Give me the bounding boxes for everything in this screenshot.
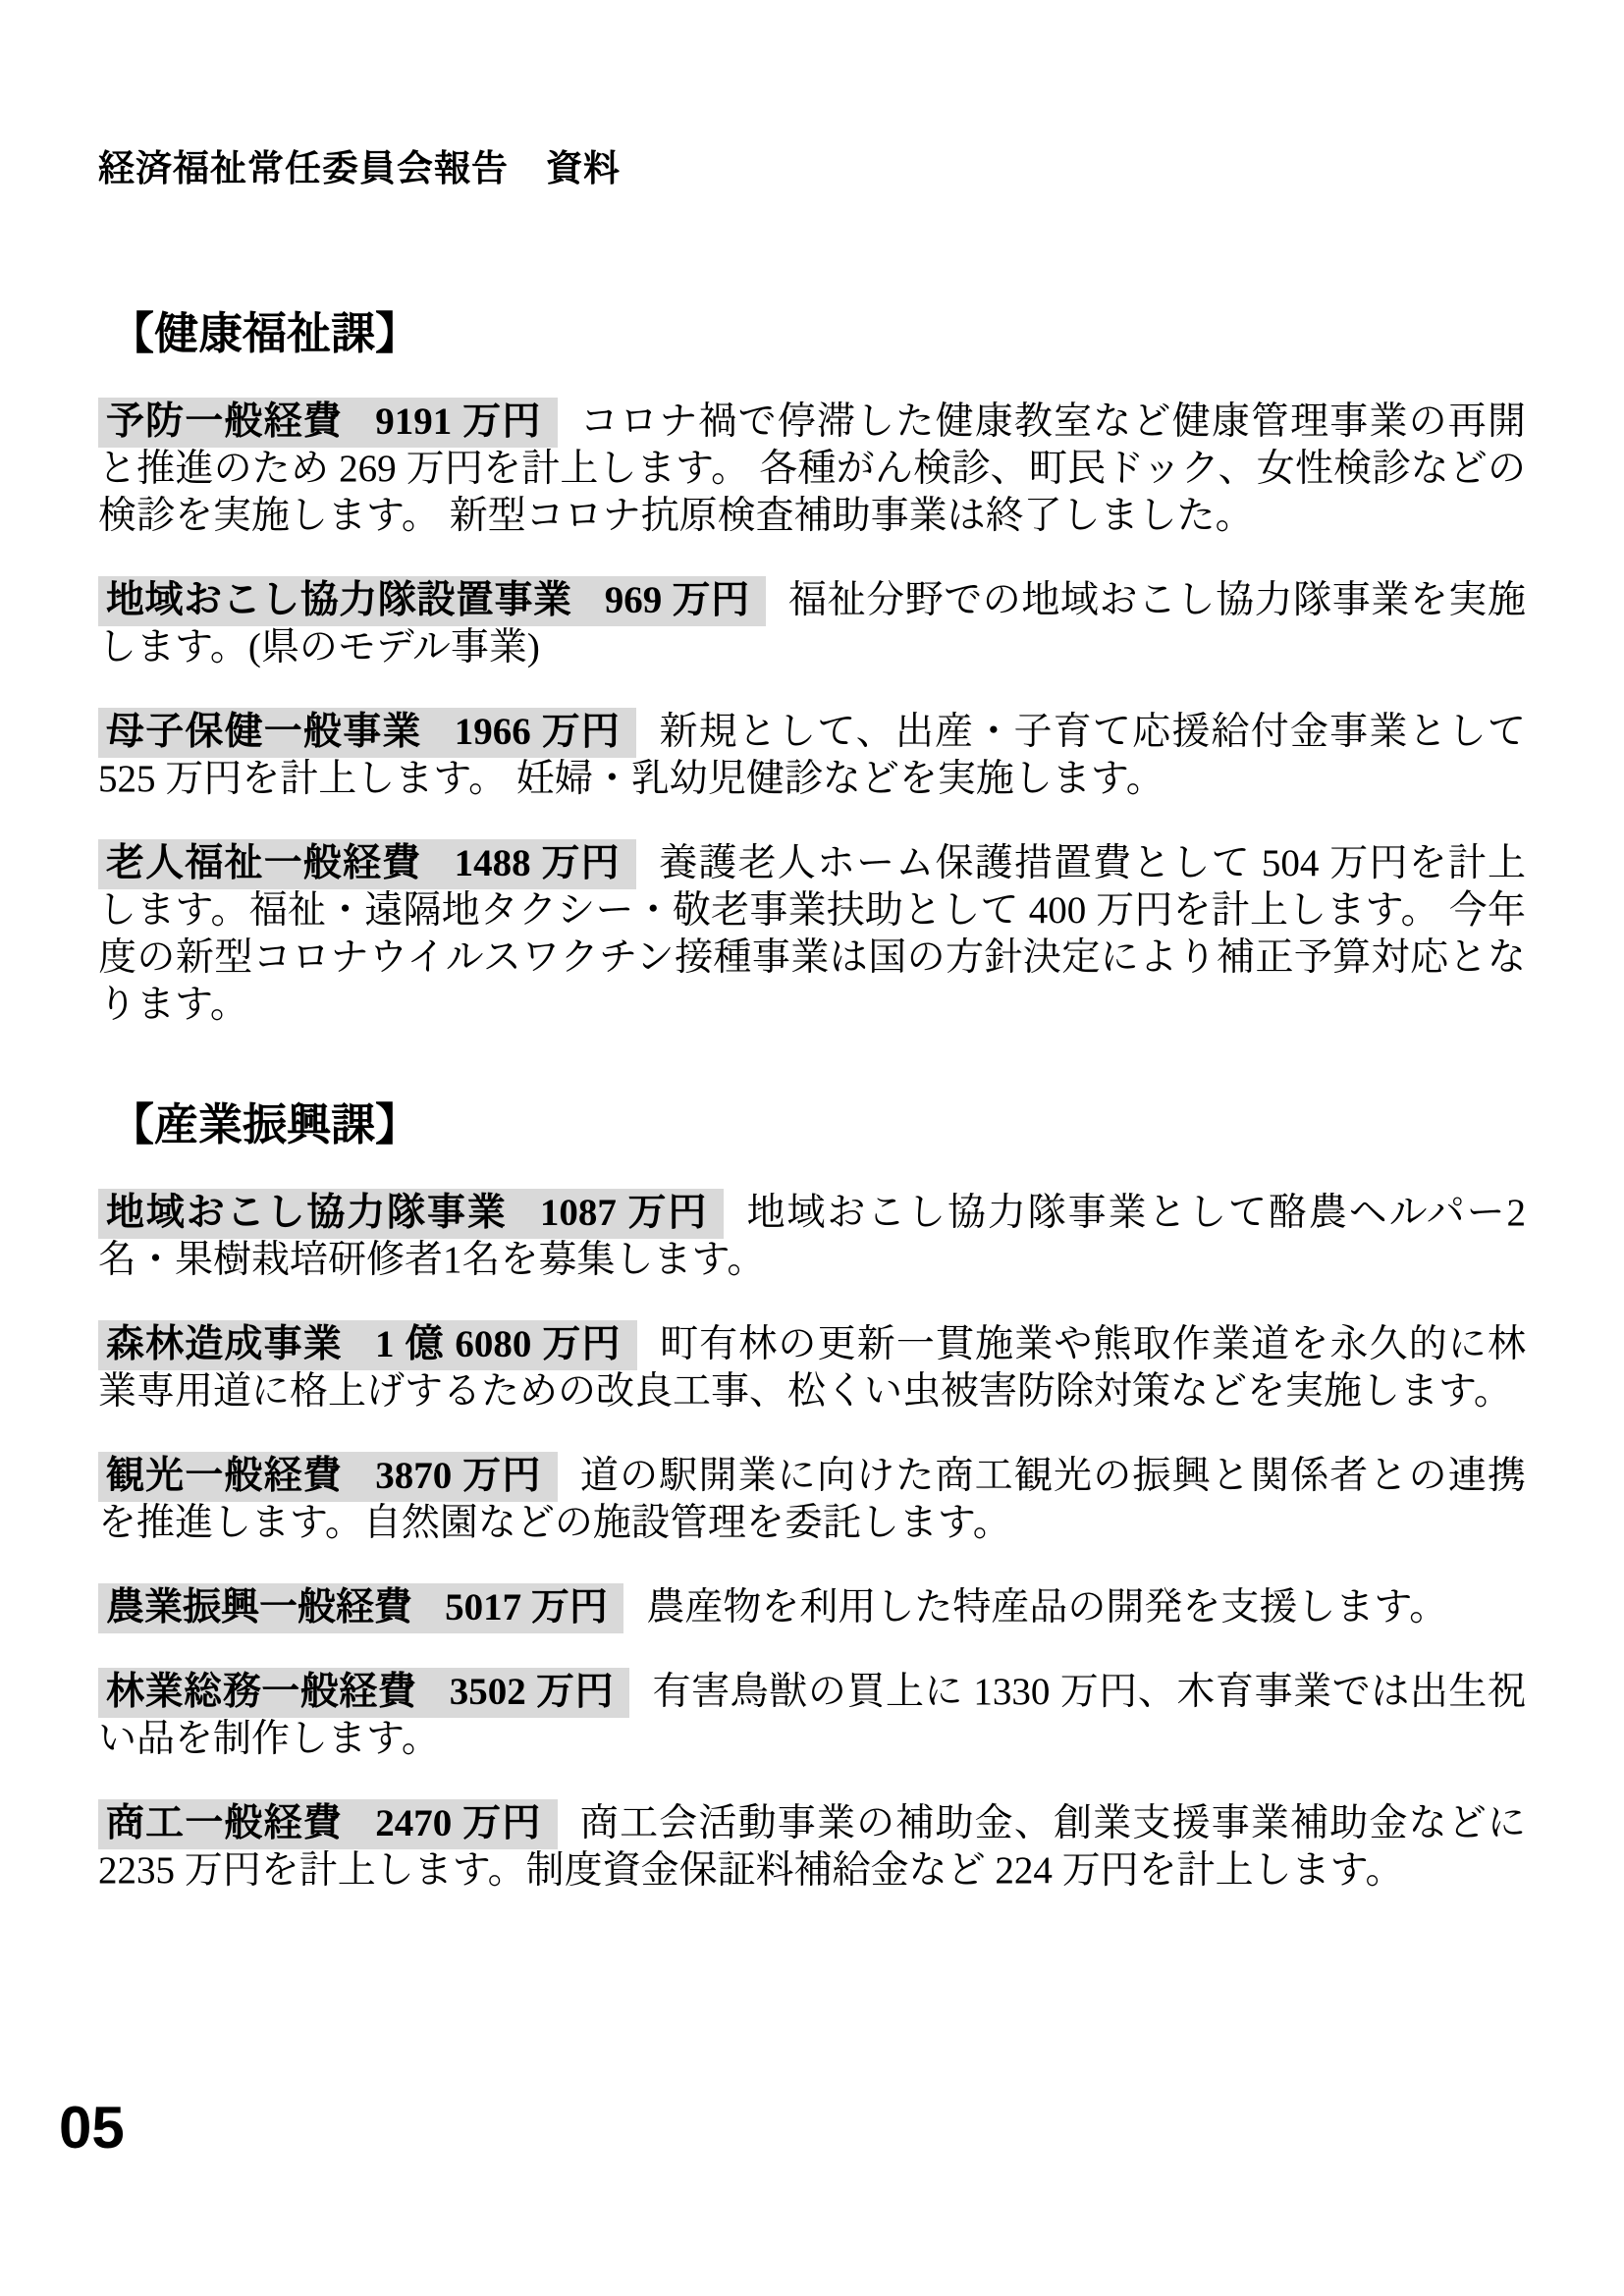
budget-item: 予防一般経費9191 万円コロナ禍で停滞した健康教室など健康管理事業の再開と推進…: [98, 399, 1526, 540]
item-label: 地域おこし協力隊設置事業: [106, 579, 572, 621]
item-highlight: 森林造成事業1 億 6080 万円: [98, 1320, 637, 1370]
budget-item: 地域おこし協力隊事業1087 万円地域おこし協力隊事業として酪農ヘルパー2 名・…: [98, 1190, 1526, 1284]
item-highlight: 林業総務一般経費3502 万円: [98, 1668, 629, 1718]
budget-item: 農業振興一般経費5017 万円農産物を利用した特産品の開発を支援します。: [98, 1584, 1526, 1631]
document-page: 経済福祉常任委員会報告 資料 【健康福祉課】 予防一般経費9191 万円コロナ禍…: [0, 0, 1624, 1895]
page-number: 05: [59, 2097, 125, 2160]
item-highlight: 地域おこし協力隊事業1087 万円: [98, 1189, 724, 1239]
item-highlight: 予防一般経費9191 万円: [98, 398, 558, 448]
item-label: 林業総務一般経費: [106, 1671, 417, 1713]
budget-item: 地域おこし協力隊設置事業969 万円福祉分野での地域おこし協力隊事業を実施します…: [98, 577, 1526, 671]
item-highlight: 地域おこし協力隊設置事業969 万円: [98, 576, 766, 626]
item-amount: 3870 万円: [375, 1455, 541, 1497]
budget-item: 観光一般経費3870 万円道の駅開業に向けた商工観光の振興と関係者との連携を推進…: [98, 1453, 1526, 1547]
item-highlight: 母子保健一般事業1966 万円: [98, 708, 636, 758]
item-amount: 1 億 6080 万円: [375, 1323, 622, 1365]
item-label: 地域おこし協力隊事業: [106, 1192, 508, 1234]
item-label: 予防一般経費: [106, 400, 343, 443]
item-label: 老人福祉一般経費: [106, 842, 421, 884]
item-highlight: 商工一般経費2470 万円: [98, 1799, 558, 1849]
item-amount: 969 万円: [605, 579, 750, 621]
item-label: 母子保健一般事業: [106, 711, 422, 753]
document-title: 経済福祉常任委員会報告 資料: [98, 145, 1526, 192]
item-label: 森林造成事業: [106, 1323, 343, 1365]
item-label: 商工一般経費: [106, 1802, 343, 1844]
item-label: 観光一般経費: [106, 1455, 343, 1497]
item-label: 農業振興一般経費: [106, 1586, 412, 1629]
section-title-industry-promotion: 【産業振興課】: [110, 1097, 1526, 1152]
item-amount: 1087 万円: [540, 1192, 708, 1234]
item-highlight: 老人福祉一般経費1488 万円: [98, 839, 636, 889]
budget-item: 森林造成事業1 億 6080 万円町有林の更新一貫施業や熊取作業道を永久的に林業…: [98, 1321, 1526, 1415]
section-title-health-welfare: 【健康福祉課】: [110, 306, 1526, 361]
item-body: 農産物を利用した特産品の開発を支援します。: [646, 1586, 1447, 1629]
item-amount: 2470 万円: [375, 1802, 541, 1844]
item-amount: 5017 万円: [445, 1586, 608, 1629]
item-amount: 1488 万円: [455, 842, 621, 884]
item-amount: 1966 万円: [455, 711, 621, 753]
item-amount: 9191 万円: [375, 400, 541, 443]
item-amount: 3502 万円: [450, 1671, 614, 1713]
budget-item: 老人福祉一般経費1488 万円養護老人ホーム保護措置費として 504 万円を計上…: [98, 840, 1526, 1029]
budget-item: 母子保健一般事業1966 万円新規として、出産・子育て応援給付金事業として 52…: [98, 709, 1526, 803]
budget-item: 林業総務一般経費3502 万円有害鳥獣の買上に 1330 万円、木育事業では出生…: [98, 1669, 1526, 1763]
item-highlight: 観光一般経費3870 万円: [98, 1452, 558, 1502]
budget-item: 商工一般経費2470 万円商工会活動事業の補助金、創業支援事業補助金などに 22…: [98, 1800, 1526, 1895]
item-highlight: 農業振興一般経費5017 万円: [98, 1583, 623, 1633]
